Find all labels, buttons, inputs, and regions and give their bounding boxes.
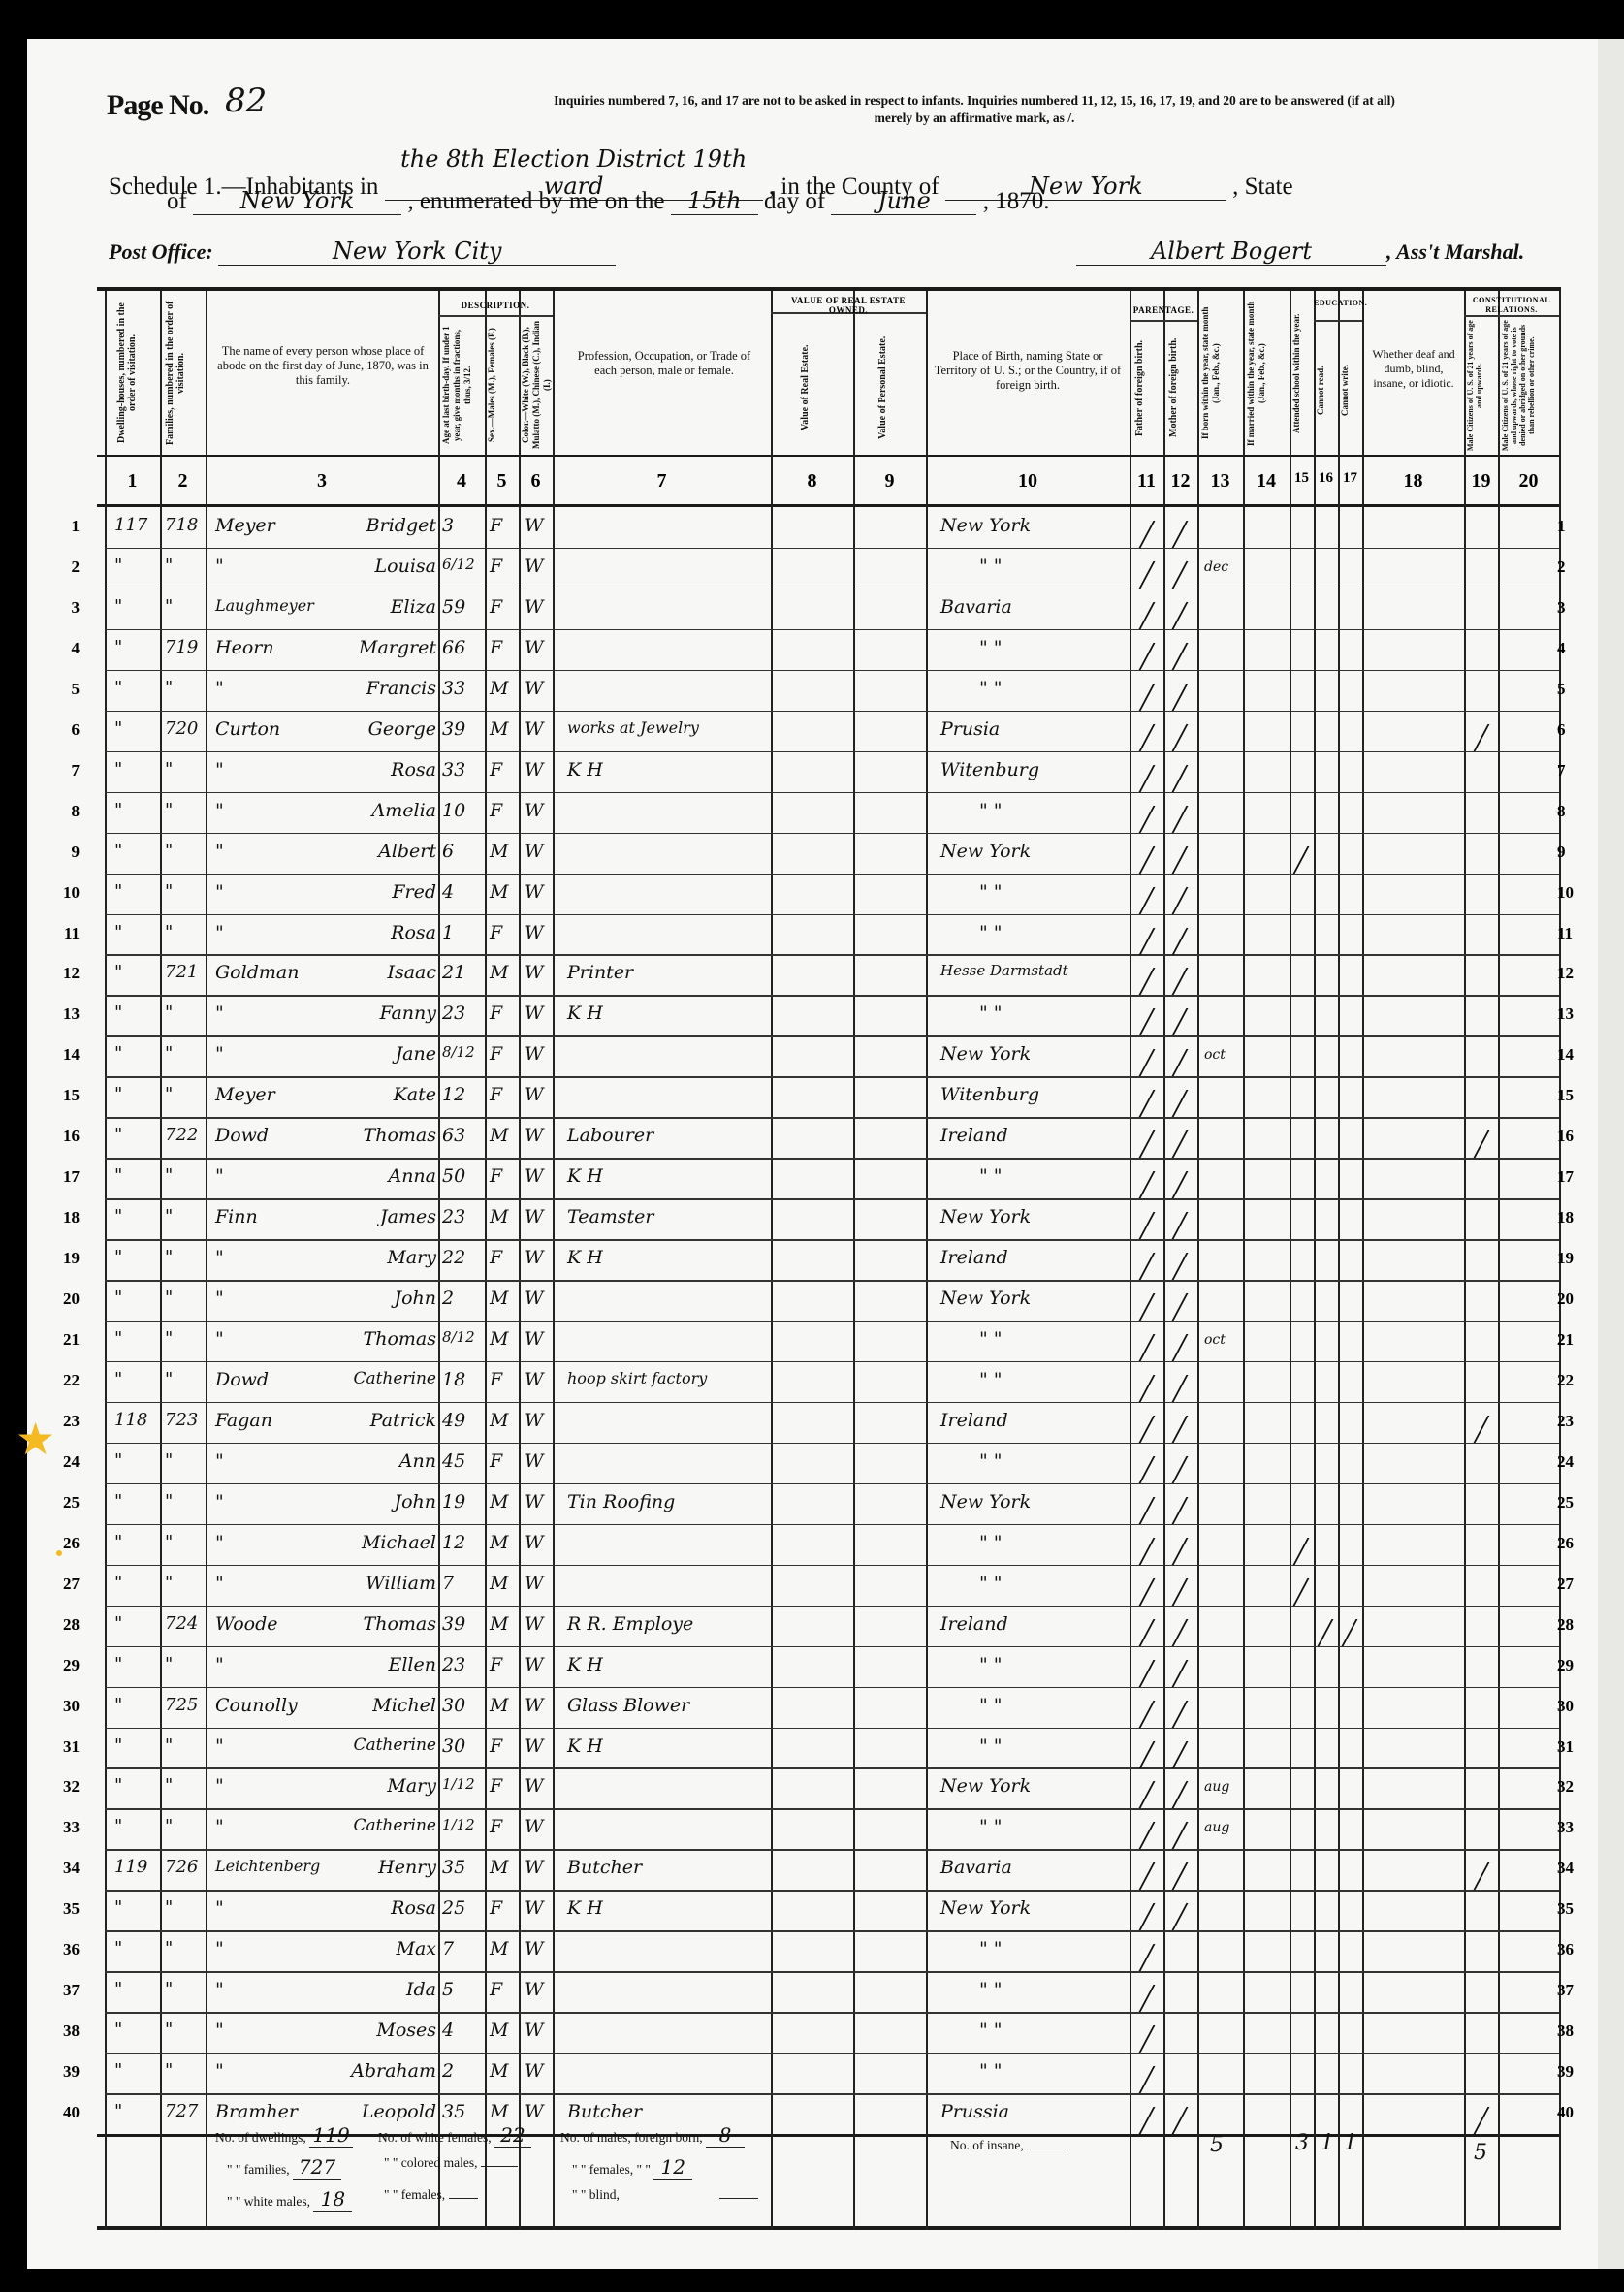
row-divider [105,2093,1559,2095]
row-number-right: 40 [1557,2103,1586,2122]
dwelling-number: " [114,962,122,982]
row-divider [105,2053,1559,2054]
surname: Dowd [215,1369,269,1390]
col12-header: Mother of foreign birth. [1168,325,1194,451]
column-number-17: 17 [1338,470,1362,487]
surname: Meyer [215,1084,275,1105]
day-of-label: day of [764,188,825,214]
birthplace: Ireland [940,1613,1008,1635]
col19-header: Male Citizens of U. S. of 21 years of ag… [1466,320,1497,451]
occupation: K H [567,1897,603,1919]
family-number: " [165,678,173,698]
surname: " [215,759,224,780]
dwelling-number: " [114,1165,122,1186]
age: 33 [442,759,465,780]
color: W [525,718,544,740]
star-marker-icon[interactable]: ★ [16,1417,55,1462]
birthplace: " " [940,1328,1003,1350]
surname: " [215,1043,224,1065]
row-divider [105,1890,1559,1892]
group-subrule [1314,320,1362,322]
column-number-5: 5 [485,470,519,493]
dwelling-number: " [114,1003,122,1023]
color: W [525,841,544,862]
occupation: hoop skirt factory [567,1369,707,1387]
birthplace: New York [940,1897,1031,1919]
surname: " [215,1775,224,1797]
age: 5 [442,1979,454,2000]
age: 1/12 [442,1816,475,1833]
occupation: K H [567,1247,603,1268]
row-number-right: 11 [1557,924,1586,943]
row-divider [105,1402,1559,1404]
row-number-left: 31 [50,1737,80,1757]
dwelling-number: " [114,718,122,739]
inquiry-notice: Inquiries numbered 7, 16, and 17 are not… [388,92,1561,127]
age: 39 [442,718,465,740]
row-divider [105,1076,1559,1078]
blind-label: " " blind, [572,2187,620,2202]
marshal-field: Albert Bogert [1076,238,1386,266]
row-number-left: 5 [50,680,80,699]
colored-males-value [481,2166,518,2167]
age: 35 [442,2101,465,2122]
row-divider [105,1158,1559,1160]
given-name: Michel [372,1695,436,1716]
given-name: Kate [394,1084,436,1105]
color: W [525,1450,544,1472]
color: W [525,1613,544,1635]
col20-header: Male Citizens of U. S. of 21 years of ag… [1501,320,1557,451]
row-divider [105,792,1559,794]
dwelling-number: " [114,1654,122,1674]
row-divider [105,1565,1559,1567]
color: W [525,759,544,780]
family-number: " [165,1043,173,1064]
family-number: " [165,556,173,576]
row-number-right: 6 [1557,720,1586,740]
color: W [525,1654,544,1675]
column-number-6: 6 [519,470,553,493]
given-name: Louisa [375,556,436,577]
row-number-right: 28 [1557,1615,1586,1635]
white-males-value: 18 [313,2187,352,2212]
family-number: " [165,1897,173,1918]
color: W [525,1735,544,1757]
sex: M [490,1695,508,1716]
row-divider [105,1808,1559,1810]
enumerated-label: , enumerated by me on the [407,188,664,214]
given-name: Eliza [391,596,436,618]
age: 10 [442,800,465,821]
row-number-right: 7 [1557,761,1586,780]
row-number-left: 12 [50,964,80,983]
given-name: Thomas [364,1613,436,1635]
marshal-label: , Ass't Marshal. [1386,239,1524,264]
colored-females-label: " " females, [384,2187,445,2202]
foreign-males-label: No. of males, foreign born, [560,2130,703,2145]
sex: F [490,922,502,943]
row-number-left: 32 [50,1777,80,1797]
dwelling-number: " [114,1532,122,1552]
row-divider [105,1239,1559,1241]
sex: M [490,1613,508,1635]
column-divider [926,291,928,2230]
color: W [525,1491,544,1512]
age: 1/12 [442,1775,475,1793]
column-number-8: 8 [771,470,853,493]
column-number-11: 11 [1130,470,1163,493]
dwelling-number: " [114,800,122,820]
row-number-left: 9 [50,843,80,862]
surname: Fagan [215,1410,272,1431]
sex: M [490,841,508,862]
birthplace: " " [940,1979,1003,2000]
row-number-left: 20 [50,1289,80,1309]
dwelling-number: " [114,556,122,576]
given-name: Patrick [370,1410,436,1431]
dwelling-number: " [114,2101,122,2121]
constitutional-group-header: CONSTITUTIONAL RELATIONS. [1464,296,1559,315]
sex: M [490,1573,508,1594]
birthplace: " " [940,1369,1003,1390]
column-divider [206,291,207,2230]
color: W [525,962,544,983]
row-number-left: 10 [50,883,80,903]
row-divider [105,1483,1559,1485]
dwelling-number: " [114,637,122,657]
given-name: Fred [392,881,436,903]
row-divider [105,1198,1559,1200]
given-name: Ellen [388,1654,436,1675]
birthplace: " " [940,881,1003,903]
surname: " [215,1735,224,1757]
birthplace: " " [940,1938,1003,1959]
dwelling-number: " [114,1084,122,1104]
column-divider [853,291,855,2230]
dwelling-number: " [114,596,122,617]
sex: F [490,1979,502,2000]
sex: F [490,1247,502,1268]
value-group-header: VALUE OF REAL ESTATE OWNED. [771,296,926,315]
row-number-left: 34 [50,1859,80,1878]
surname: " [215,1247,224,1268]
age: 39 [442,1613,465,1635]
surname: " [215,1979,224,2000]
age: 63 [442,1125,465,1146]
given-name: George [368,718,436,740]
group-subrule [1464,315,1559,317]
sex: M [490,1410,508,1431]
family-number: " [165,1165,173,1186]
families-label: " " families, [227,2162,290,2177]
sex: F [490,1775,502,1797]
birthplace: " " [940,1450,1003,1472]
family-number: " [165,1450,173,1471]
family-number: 724 [165,1613,198,1634]
family-number: " [165,1735,173,1756]
row-number-right: 21 [1557,1330,1586,1350]
born-month: aug [1204,1820,1229,1835]
family-number: " [165,759,173,780]
row-number-right: 27 [1557,1575,1586,1594]
family-number: " [165,1288,173,1308]
color: W [525,1206,544,1227]
sex: F [490,1816,502,1837]
row-number-left: 40 [50,2103,80,2122]
family-number: " [165,1247,173,1267]
surname: Meyer [215,515,275,536]
age: 23 [442,1206,465,1227]
sex: M [490,718,508,740]
group-subrule [1130,320,1197,322]
parentage-group-header: PARENTAGE. [1130,305,1197,315]
row-number-right: 25 [1557,1493,1586,1512]
given-name: Isaac [387,962,436,983]
dwellings-value: 119 [309,2123,353,2148]
dwelling-number: " [114,1206,122,1226]
given-name: Thomas [364,1328,436,1350]
given-name: Moses [376,2020,436,2041]
dwelling-number: " [114,1897,122,1918]
sex: M [490,1288,508,1309]
given-name: William [366,1573,436,1594]
family-number: " [165,1775,173,1796]
birthplace: Ireland [940,1410,1008,1431]
col7-header: Profession, Occupation, or Trade of each… [572,349,756,378]
dwelling-number: " [114,678,122,698]
column-number-1: 1 [105,470,160,493]
sex: M [490,2060,508,2082]
color: W [525,1125,544,1146]
birthplace: " " [940,1695,1003,1716]
surname: " [215,1450,224,1472]
given-name: Fanny [380,1003,436,1024]
age: 2 [442,2060,454,2082]
row-divider [105,1321,1559,1322]
given-name: Ida [406,1979,436,2000]
col2-header: Families, numbered in the order of visit… [165,296,202,451]
birthplace: " " [940,1816,1003,1837]
family-number: 725 [165,1695,198,1715]
foreign-females-label: " " females, " " [572,2162,651,2177]
row-number-left: 28 [50,1615,80,1635]
dwelling-number: " [114,1328,122,1349]
insane-block: No. of insane, [950,2138,1066,2153]
row-divider [105,1443,1559,1445]
age: 4 [442,881,454,903]
row-divider [105,1687,1559,1689]
occupation: works at Jewelry [567,718,699,737]
row-divider [105,1728,1559,1730]
age: 23 [442,1003,465,1024]
row-number-left: 33 [50,1818,80,1837]
occupation: Printer [567,962,633,983]
column-number-16: 16 [1314,470,1338,487]
surname: " [215,1165,224,1187]
dwelling-number: " [114,1043,122,1064]
given-name: Michael [362,1532,436,1553]
surname: Counolly [215,1695,298,1716]
surname: Heorn [215,637,274,658]
sex: F [490,800,502,821]
color: W [525,1003,544,1024]
row-number-left: 6 [50,720,80,740]
column-number-13: 13 [1197,470,1243,493]
birthplace: New York [940,841,1031,862]
occupation: Labourer [567,1125,653,1146]
surname: Laughmeyer [215,596,314,615]
birthplace: " " [940,1573,1003,1594]
row-divider [105,670,1559,672]
row-number-left: 17 [50,1167,80,1187]
column-divider [485,291,487,2230]
family-number: " [165,2020,173,2040]
dwelling-number: " [114,1695,122,1715]
family-number: 722 [165,1125,198,1145]
age: 7 [442,1573,454,1594]
row-number-right: 4 [1557,639,1586,658]
dwelling-number: " [114,1979,122,1999]
families-value: 727 [293,2155,341,2180]
sex: F [490,1003,502,1024]
given-name: Thomas [364,1125,436,1146]
dwelling-number: 117 [114,515,147,535]
age: 21 [442,962,465,983]
column-number-20: 20 [1498,470,1559,493]
family-number: 723 [165,1410,198,1430]
column-number-3: 3 [206,470,438,493]
given-name: John [394,1491,436,1512]
row-number-right: 16 [1557,1127,1586,1146]
row-number-left: 4 [50,639,80,658]
col16-header: Cannot read. [1316,330,1337,451]
dwelling-number: " [114,1816,122,1836]
row-divider [105,629,1559,631]
dwelling-number: " [114,1369,122,1389]
age: 6 [442,841,454,862]
sex: F [490,637,502,658]
age: 50 [442,1165,465,1187]
row-number-right: 22 [1557,1371,1586,1390]
family-number: " [165,800,173,820]
birthplace: Bavaria [940,596,1012,618]
row-number-right: 31 [1557,1737,1586,1757]
birthplace: " " [940,1654,1003,1675]
notice-line-2: merely by an affirmative mark, as /. [388,110,1561,127]
family-number: 726 [165,1857,198,1877]
row-number-right: 36 [1557,1940,1586,1959]
row-divider [105,2012,1559,2014]
footer-col-a: No. of dwellings, 119 " " families, 727 … [215,2123,353,2219]
column-number-12: 12 [1163,470,1197,493]
row-number-left: 11 [50,924,80,943]
age: 19 [442,1491,465,1512]
given-name: James [380,1206,436,1227]
birthplace: New York [940,1043,1031,1065]
row-divider [105,711,1559,713]
family-number: 727 [165,2101,198,2121]
row-number-left: 3 [50,598,80,618]
row-number-left: 21 [50,1330,80,1350]
colored-females-value [449,2198,478,2199]
color: W [525,1695,544,1716]
sex: F [490,1369,502,1390]
dwelling-number: " [114,2020,122,2040]
born-month: oct [1204,1332,1226,1348]
row-number-right: 3 [1557,598,1586,618]
col10-header: Place of Birth, naming State or Territor… [931,349,1125,393]
description-group-header: DESCRIPTION. [438,301,553,310]
birthplace: Ireland [940,1125,1008,1146]
family-number: 719 [165,637,198,657]
surname: Curton [215,718,280,740]
row-number-left: 1 [50,517,80,536]
dwelling-number: " [114,1938,122,1958]
row-divider [105,954,1559,956]
col15-header: Attended school within the year. [1291,296,1313,451]
row-number-right: 2 [1557,557,1586,577]
row-number-left: 38 [50,2021,80,2041]
row-divider [105,833,1559,835]
dwelling-number: " [114,1613,122,1634]
family-number: " [165,1369,173,1389]
sex: F [490,759,502,780]
dwelling-number: " [114,759,122,780]
family-number: " [165,1328,173,1349]
color: W [525,1775,544,1797]
column-divider [105,291,107,2230]
given-name: John [394,1288,436,1309]
row-number-left: 14 [50,1045,80,1065]
column-number-4: 4 [438,470,485,493]
row-number-left: 8 [50,802,80,821]
blind-value [719,2198,758,2199]
row-number-right: 26 [1557,1534,1586,1553]
footer-col-c: No. of males, foreign born, 8 " " female… [560,2123,758,2219]
surname: Bramher [215,2101,298,2122]
row-number-right: 15 [1557,1086,1586,1105]
row-number-right: 37 [1557,1981,1586,2000]
surname: Leichtenberg [215,1857,320,1875]
family-number: " [165,881,173,902]
given-name: Henry [378,1857,436,1878]
color: W [525,881,544,903]
surname: " [215,1938,224,1959]
row-number-left: 2 [50,557,80,577]
color: W [525,1084,544,1105]
state-label: , State [1232,174,1293,200]
color: W [525,1165,544,1187]
surname: " [215,1573,224,1594]
row-number-left: 25 [50,1493,80,1512]
given-name: Ann [399,1450,436,1472]
row-number-right: 10 [1557,883,1586,903]
row-number-left: 19 [50,1249,80,1268]
sex: F [490,1043,502,1065]
birthplace: Prusia [940,718,1000,740]
surname: Dowd [215,1125,269,1146]
sex: F [490,1450,502,1472]
column-divider [1163,291,1165,2230]
col14-header: If married within the year, state month … [1246,296,1285,451]
color: W [525,1979,544,2000]
col13-total: 5 [1210,2133,1224,2157]
column-divider [438,291,440,2230]
row-divider [105,589,1559,590]
row-number-right: 13 [1557,1004,1586,1024]
given-name: Leopold [362,2101,436,2122]
